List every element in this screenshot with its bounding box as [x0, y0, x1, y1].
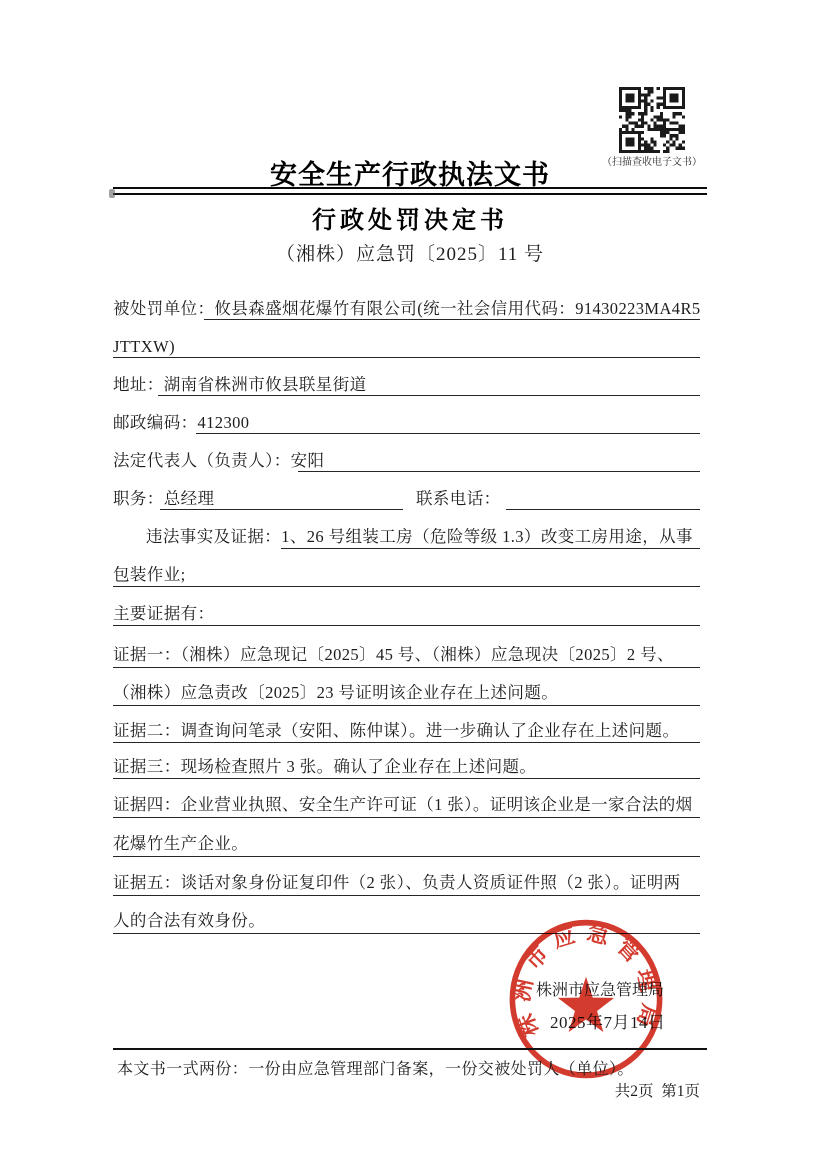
- seal-star-icon: [558, 977, 614, 1033]
- footer-rule: [113, 1048, 707, 1050]
- evidence-row: 证据二：调查询问笔录（安阳、陈仲谋）。进一步确认了企业存在上述问题。: [113, 720, 707, 742]
- penalized-unit-row-cont: JTTXW): [113, 336, 707, 358]
- field-label: 违法事实及证据：: [146, 527, 281, 546]
- field-underline: [281, 548, 700, 549]
- field-underline: [113, 705, 700, 706]
- field-label: 职务：: [113, 489, 164, 508]
- field-underline: [204, 319, 700, 320]
- evidence-row-cont: 花爆竹生产企业。: [113, 833, 707, 855]
- field-value: 证据五：谈话对象身份证复印件（2 张）、负责人资质证件照（2 张）。证明两: [113, 873, 681, 892]
- field-underline: [113, 625, 700, 626]
- field-underline: [298, 471, 700, 472]
- field-value: （湘株）应急责改〔2025〕23 号证明该企业存在上述问题。: [113, 683, 558, 702]
- field-value: 湖南省株洲市攸县联星街道: [164, 375, 367, 394]
- position-phone-row: 职务：总经理联系电话：: [113, 488, 707, 510]
- address-row: 地址：湖南省株洲市攸县联星街道: [113, 374, 707, 396]
- scan-smudge: [109, 189, 115, 198]
- field-underline: [113, 742, 700, 743]
- field-underline: [160, 509, 403, 510]
- qr-code: [619, 87, 685, 153]
- evidence-row: 证据一：（湘株）应急现记〔2025〕45 号、（湘株）应急现决〔2025〕2 号…: [113, 644, 707, 666]
- facts-row: 违法事实及证据：1、26 号组装工房（危险等级 1.3）改变工房用途，从事: [113, 526, 740, 548]
- field-label: 地址：: [113, 375, 164, 394]
- legal-rep-row: 法定代表人（负责人）：安阳: [113, 450, 707, 472]
- footer-note: 本文书一式两份：一份由应急管理部门备案，一份交被处罚人（单位）。: [117, 1056, 634, 1079]
- field-underline: [158, 395, 700, 396]
- field-value: 1、26 号组装工房（危险等级 1.3）改变工房用途，从事: [281, 527, 693, 546]
- field-value: 花爆竹生产企业。: [113, 834, 248, 853]
- field-label: 被处罚单位：: [113, 299, 214, 318]
- field-value: 人的合法有效身份。: [113, 911, 265, 930]
- evidence-row: 证据五：谈话对象身份证复印件（2 张）、负责人资质证件照（2 张）。证明两: [113, 872, 707, 894]
- field-underline: [113, 895, 700, 896]
- field-value: 攸县森盛烟花爆竹有限公司(统一社会信用代码：91430223MA4R5: [214, 299, 700, 318]
- evidence-intro-row: 主要证据有：: [113, 603, 707, 625]
- evidence-row: 证据三：现场检查照片 3 张。确认了企业存在上述问题。: [113, 756, 707, 778]
- field-label: 联系电话：: [416, 488, 501, 510]
- penalized-unit-row: 被处罚单位：攸县森盛烟花爆竹有限公司(统一社会信用代码：91430223MA4R…: [113, 298, 707, 320]
- field-value: 证据二：调查询问笔录（安阳、陈仲谋）。进一步确认了企业存在上述问题。: [113, 721, 679, 740]
- field-value: 安阳: [291, 451, 325, 470]
- evidence-row: （湘株）应急责改〔2025〕23 号证明该企业存在上述问题。: [113, 682, 707, 704]
- header-double-rule: [113, 187, 707, 195]
- field-value: 412300: [198, 413, 250, 432]
- facts-row-cont: 包装作业;: [113, 564, 707, 586]
- field-value: 包装作业;: [113, 565, 186, 584]
- evidence-row: 证据四：企业营业执照、安全生产许可证（1 张）。证明该企业是一家合法的烟: [113, 794, 707, 816]
- field-underline: [113, 856, 700, 857]
- field-label: 法定代表人（负责人）：: [113, 451, 291, 470]
- field-label: 邮政编码：: [113, 413, 198, 432]
- field-value: JTTXW): [113, 337, 175, 356]
- field-label: 主要证据有：: [113, 604, 214, 623]
- field-value: 总经理: [164, 489, 215, 508]
- field-value: 证据一：（湘株）应急现记〔2025〕45 号、（湘株）应急现决〔2025〕2 号…: [113, 645, 674, 664]
- field-underline: [113, 357, 700, 358]
- field-underline: [506, 509, 700, 510]
- field-underline: [113, 586, 700, 587]
- field-value: 证据三：现场检查照片 3 张。确认了企业存在上述问题。: [113, 757, 536, 776]
- postcode-row: 邮政编码：412300: [113, 412, 707, 434]
- doc-title: 行政处罚决定书: [113, 200, 707, 235]
- field-underline: [196, 433, 700, 434]
- page-number: 共2页 第1页: [113, 1079, 700, 1101]
- field-underline: [113, 667, 700, 668]
- field-underline: [113, 817, 700, 818]
- field-underline: [113, 778, 700, 779]
- doc-number: （湘株）应急罚〔2025〕11 号: [113, 239, 707, 266]
- penalty-decision-document: （扫描查收电子文书） 安全生产行政执法文书 行政处罚决定书 （湘株）应急罚〔20…: [0, 0, 822, 1165]
- field-value: 证据四：企业营业执照、安全生产许可证（1 张）。证明该企业是一家合法的烟: [113, 795, 693, 814]
